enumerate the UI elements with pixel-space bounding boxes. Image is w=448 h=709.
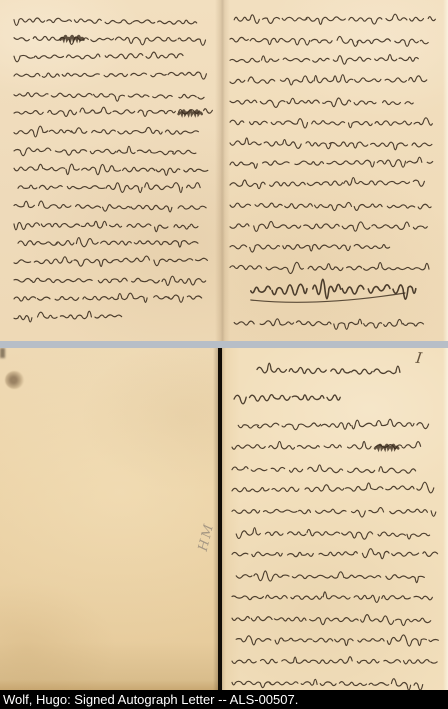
page-top-left bbox=[0, 0, 222, 341]
handwriting-top-right bbox=[222, 0, 448, 341]
scan-separator-bar bbox=[0, 341, 448, 348]
page-bottom-right: I bbox=[222, 348, 448, 690]
scanned-letter-viewer: HM I Wolf, Hugo: Signed Autograph Letter… bbox=[0, 0, 448, 709]
scan-segment-top bbox=[0, 0, 448, 341]
handwriting-bottom-left bbox=[0, 348, 218, 690]
handwriting-bottom-right bbox=[222, 348, 448, 690]
scan-segment-bottom: HM I bbox=[0, 348, 448, 690]
caption-text: Wolf, Hugo: Signed Autograph Letter -- A… bbox=[3, 692, 298, 707]
handwriting-top-left bbox=[0, 0, 222, 341]
page-top-right bbox=[222, 0, 448, 341]
page-edge-highlight bbox=[443, 0, 448, 341]
page-edge-highlight bbox=[443, 348, 448, 690]
caption-bar: Wolf, Hugo: Signed Autograph Letter -- A… bbox=[0, 690, 448, 709]
page-bottom-left-blank: HM bbox=[0, 348, 218, 690]
